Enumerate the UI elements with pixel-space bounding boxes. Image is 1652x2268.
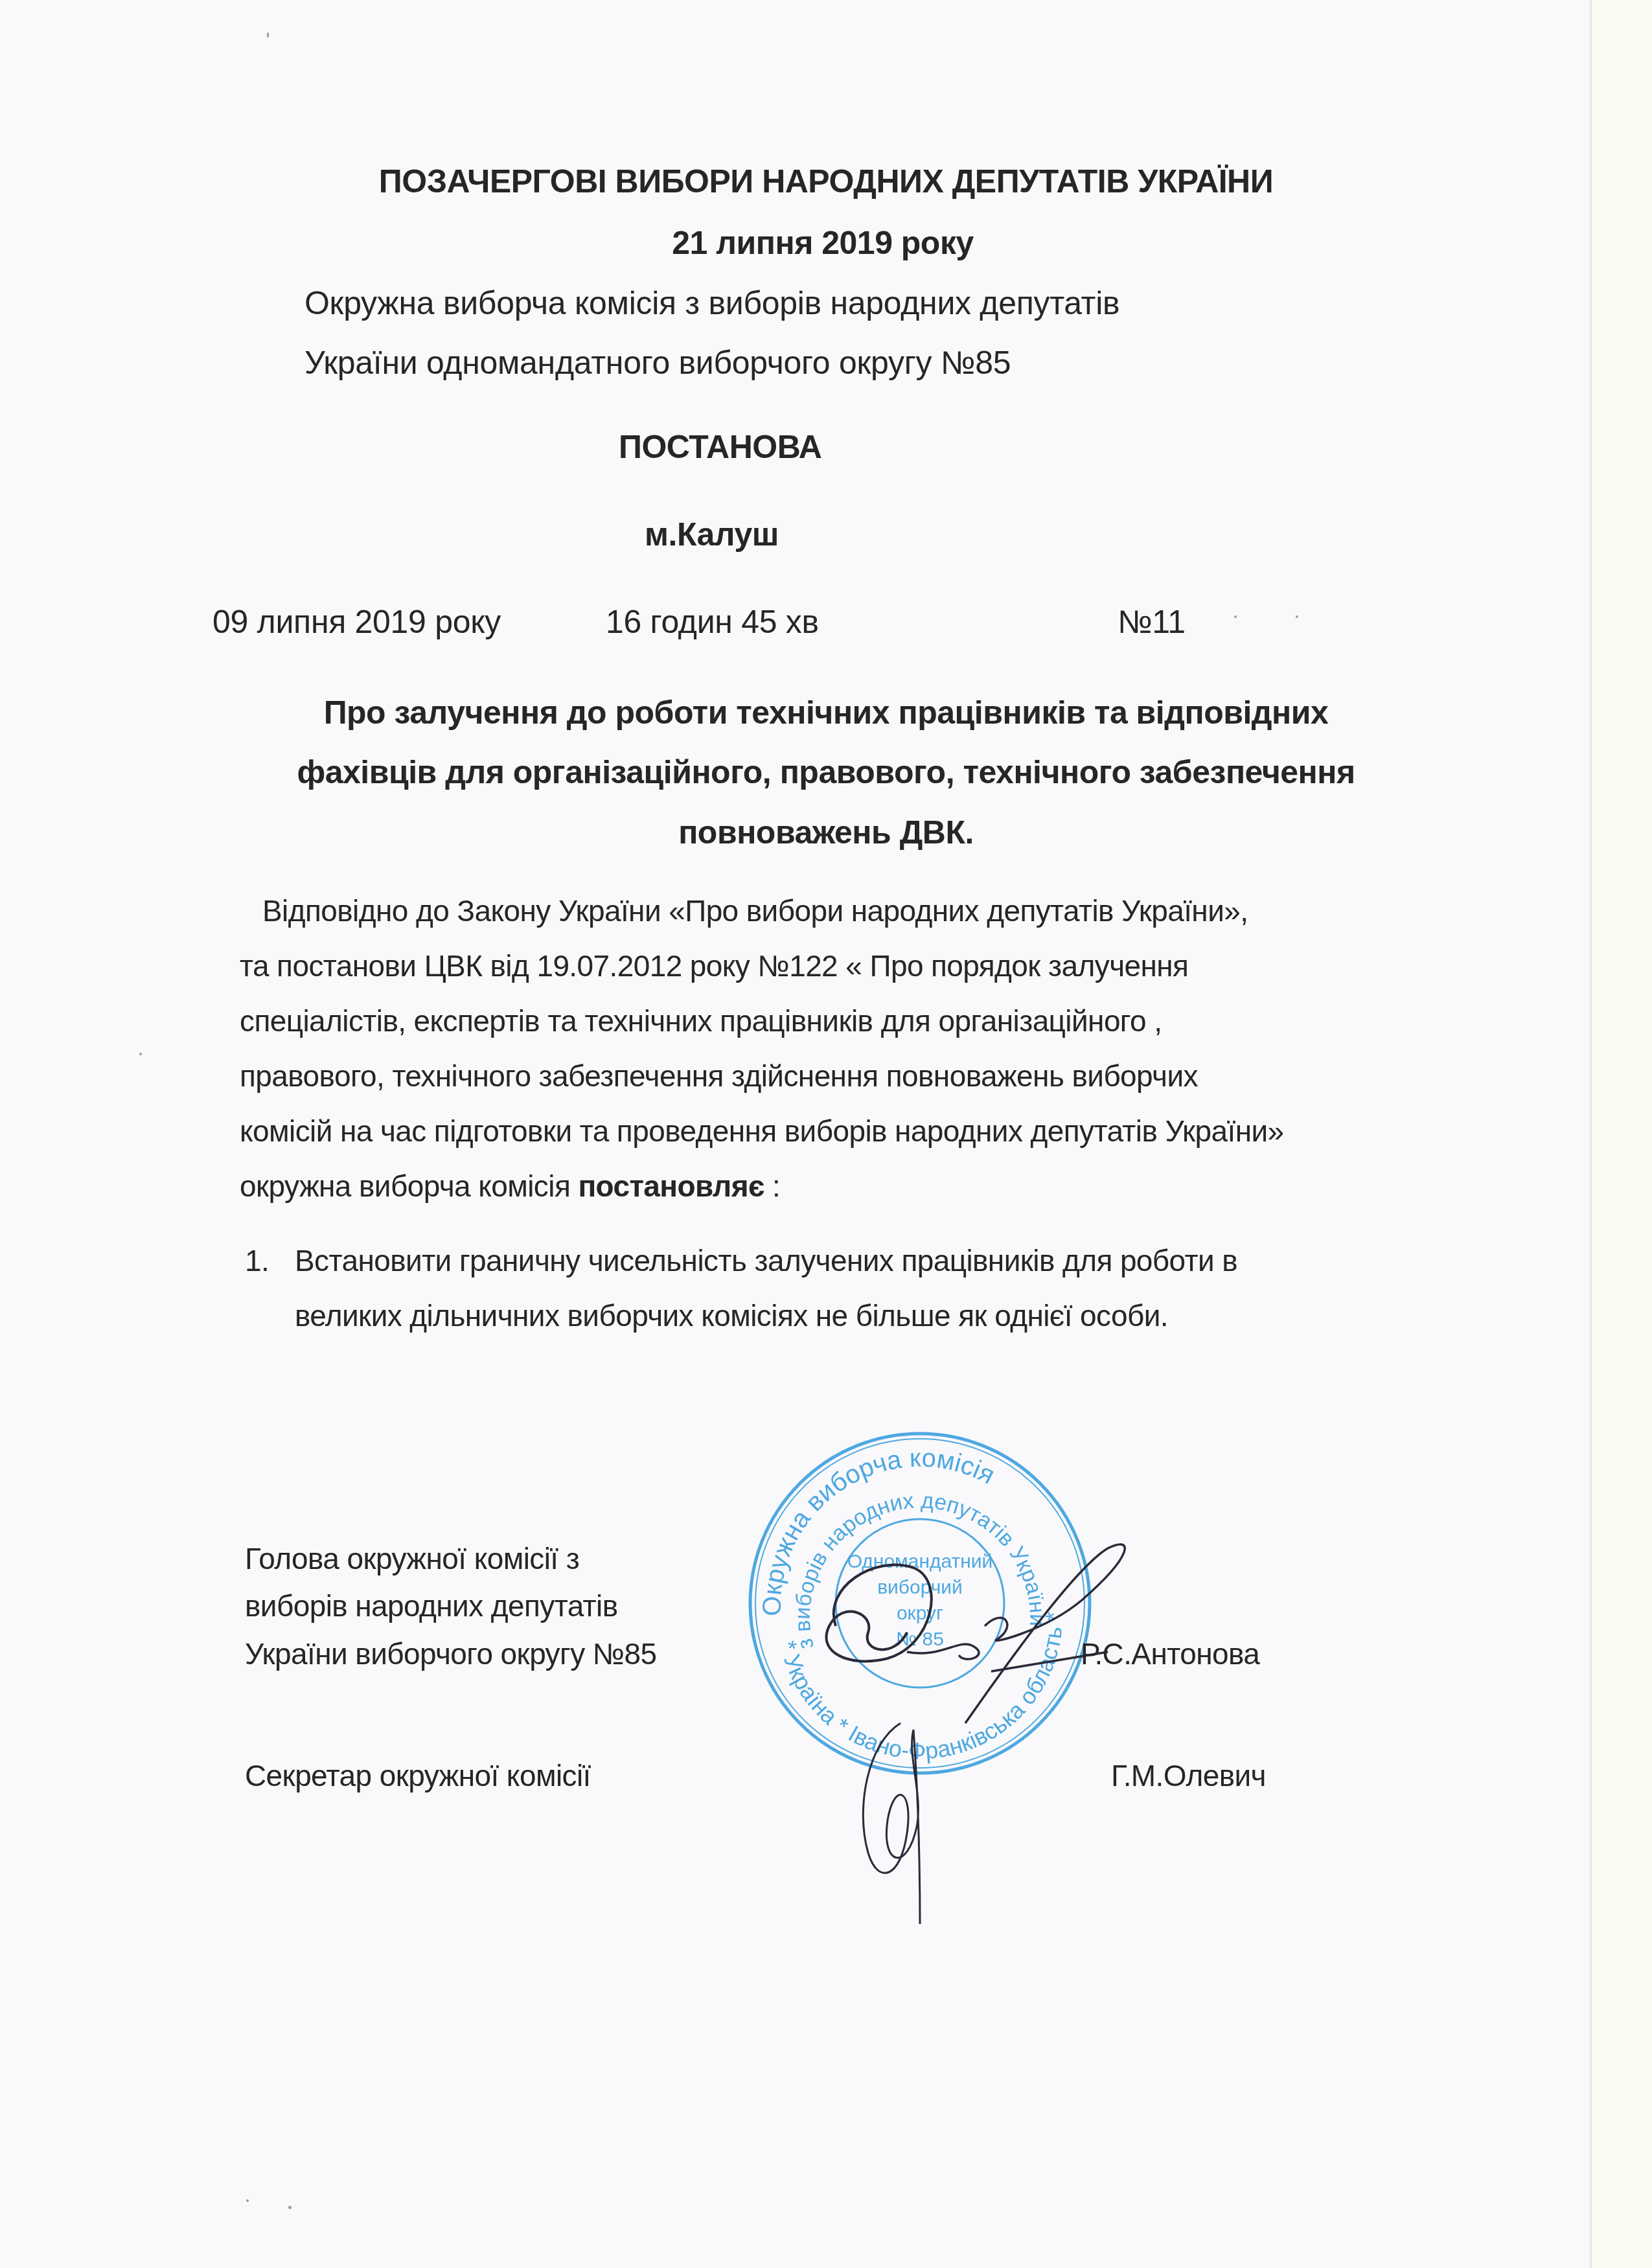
scan-speck xyxy=(1234,615,1237,618)
document-type: ПОСТАНОВА xyxy=(619,431,821,463)
scan-speck xyxy=(267,32,269,38)
scan-speck xyxy=(139,1053,142,1055)
scan-edge-strip xyxy=(1590,0,1652,2268)
preamble-decision-suffix: : xyxy=(764,1169,780,1203)
preamble-line-3: спеціалістів, експертів та технічних пра… xyxy=(240,1006,1162,1036)
subject-line-2: фахівців для організаційного, правового,… xyxy=(0,756,1652,788)
chair-title-line-1: Голова окружної комісії з xyxy=(245,1544,579,1574)
election-date: 21 липня 2019 року xyxy=(0,227,1649,259)
preamble-line-4: правового, технічного забезпечення здійс… xyxy=(240,1061,1198,1091)
document-number: №11 xyxy=(1118,606,1186,638)
document-date: 09 липня 2019 року xyxy=(212,606,501,638)
chair-title-line-3: України виборчого округу №85 xyxy=(245,1639,656,1669)
scan-speck xyxy=(1296,615,1298,618)
preamble-decision-prefix: окружна виборча комісія xyxy=(240,1169,578,1203)
resolution-number: 1. xyxy=(245,1246,269,1276)
scan-speck xyxy=(288,2206,292,2209)
document-city: м.Калуш xyxy=(645,518,779,551)
scan-speck xyxy=(246,2199,249,2202)
resolution-line-2: великих дільничних виборчих комісіях не … xyxy=(295,1301,1168,1331)
secretary-name: Г.М.Олевич xyxy=(1111,1761,1266,1791)
secretary-signature xyxy=(855,1717,939,1930)
secretary-title: Секретар окружної комісії xyxy=(245,1761,591,1791)
subject-line-1: Про залучення до роботи технічних праців… xyxy=(0,696,1652,729)
commission-line-2: України одномандатного виборчого округу … xyxy=(304,347,1011,379)
chair-signature xyxy=(797,1529,1160,1736)
chair-name: Р.С.Антонова xyxy=(1081,1639,1259,1669)
preamble-decision-line: окружна виборча комісія постановляє : xyxy=(240,1171,780,1201)
subject-line-3: повноважень ДВК. xyxy=(0,816,1652,849)
commission-line-1: Окружна виборча комісія з виборів народн… xyxy=(304,287,1119,319)
resolution-line-1: Встановити граничну чисельність залучени… xyxy=(295,1246,1237,1276)
preamble-line-5: комісій на час підготовки та проведення … xyxy=(240,1116,1284,1146)
election-title: ПОЗАЧЕРГОВІ ВИБОРИ НАРОДНИХ ДЕПУТАТІВ УК… xyxy=(0,165,1652,198)
preamble-line-1: Відповідно до Закону України «Про вибори… xyxy=(262,896,1248,926)
document-time: 16 годин 45 хв xyxy=(606,606,819,638)
chair-title-line-2: виборів народних депутатів xyxy=(245,1591,618,1621)
preamble-line-2: та постанови ЦВК від 19.07.2012 року №12… xyxy=(240,951,1188,981)
decision-keyword: постановляє xyxy=(578,1169,764,1203)
